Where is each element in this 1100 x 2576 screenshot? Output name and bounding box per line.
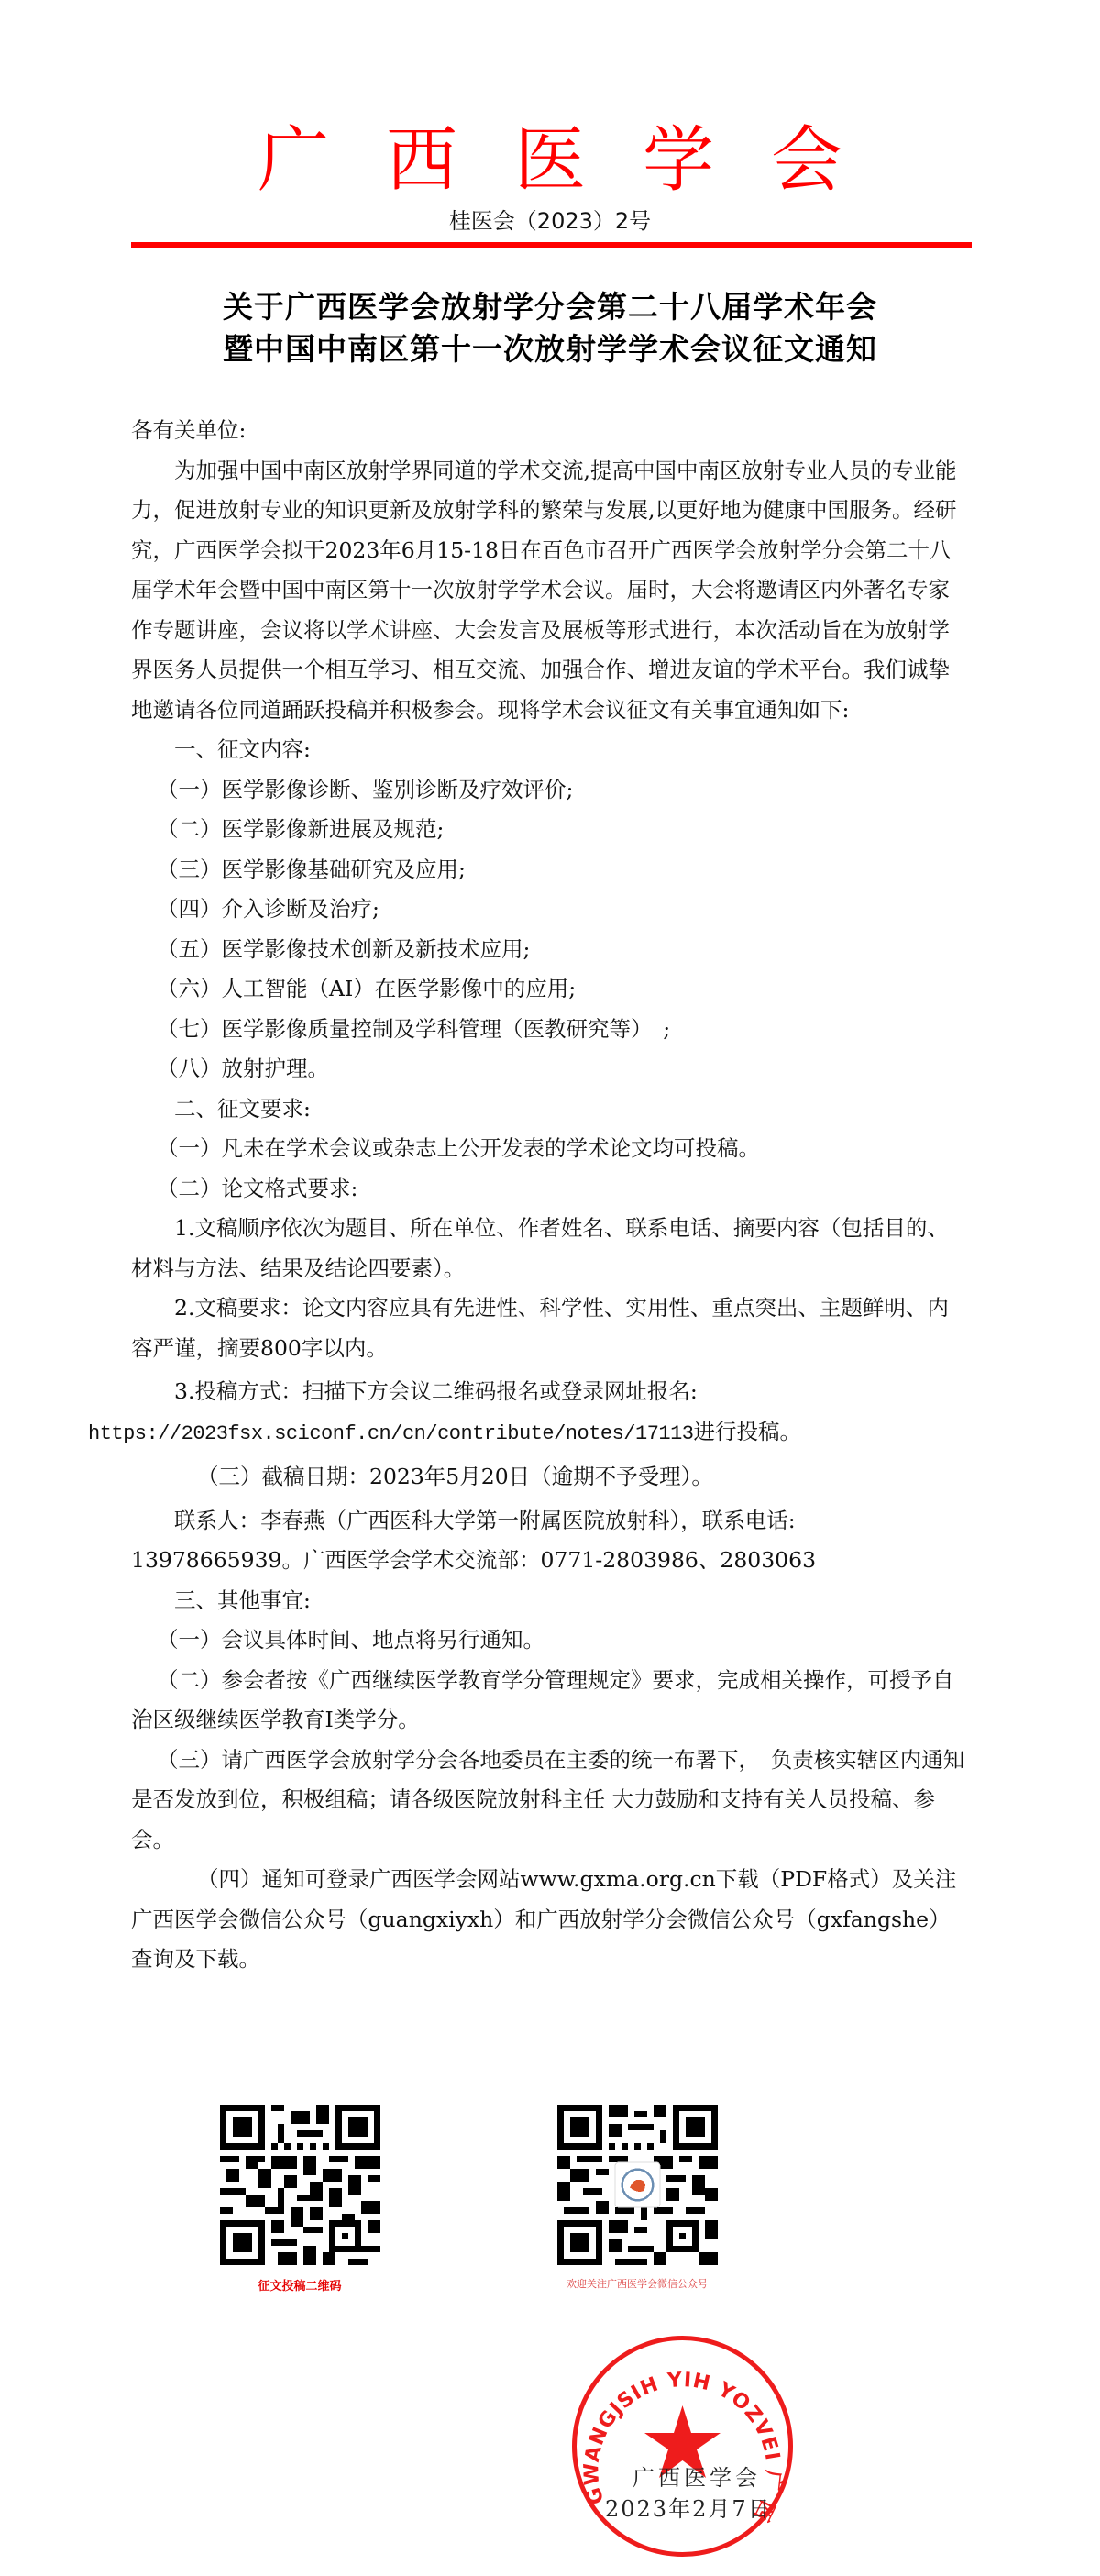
topic-item: （四）介入诊断及治疗; — [131, 890, 970, 930]
signature-date: 2023年2月7日 — [605, 2493, 862, 2525]
title-line-2: 暨中国中南区第十一次放射学学术会议征文通知 — [128, 328, 972, 370]
qr-code-with-logo-icon[interactable] — [557, 2105, 718, 2265]
other-item-2: （二）参会者按《广西继续医学教育学分管理规定》要求，完成相关操作，可授予自治区级… — [131, 1661, 970, 1741]
contact-line-2: 13978665939。广西医学会学术交流部：0771-2803986、2803… — [131, 1541, 970, 1581]
other-item-1: （一）会议具体时间、地点将另行通知。 — [131, 1620, 970, 1661]
other-item-3: （三）请广西医学会放射学分会各地委员在主委的统一布署下， 负责核实辖区内通知是否… — [131, 1741, 970, 1861]
format-requirement-1: 1.文稿顺序依次为题目、所在单位、作者姓名、联系电话、摘要内容（包括目的、材料与… — [131, 1209, 970, 1288]
red-divider — [131, 242, 972, 248]
requirement-item-2: （二）论文格式要求: — [131, 1169, 970, 1210]
submission-qr-block: 征文投稿二维码 — [213, 2105, 387, 2294]
org-masthead: 广西医学会 — [128, 119, 972, 202]
topic-item: （二）医学影像新进展及规范; — [131, 810, 970, 850]
topic-item: （一）医学影像诊断、鉴别诊断及疗效评价; — [131, 770, 970, 811]
topic-item: （七）医学影像质量控制及学科管理（医教研究等） ; — [131, 1010, 970, 1050]
submission-url-link[interactable]: https://2023fsx.sciconf.cn/cn/contribute… — [88, 1422, 694, 1445]
document-page: 广西医学会 桂医会（2023）2号 关于广西医学会放射学分会第二十八届学术年会 … — [0, 0, 1100, 2576]
requirement-item-1: （一）凡未在学术会议或杂志上公开发表的学术论文均可投稿。 — [131, 1129, 970, 1169]
signature-block: 广西医学会 2023年2月7日 — [605, 2462, 862, 2525]
document-title: 关于广西医学会放射学分会第二十八届学术年会 暨中国中南区第十一次放射学学术会议征… — [128, 286, 972, 370]
website-link[interactable]: www.gxma.org.cn — [521, 1866, 716, 1892]
topic-item: （三）医学影像基础研究及应用; — [131, 850, 970, 890]
document-body: 各有关单位: 为加强中国中南区放射学界同道的学术交流,提高中国中南区放射专业人员… — [131, 411, 970, 1980]
document-number: 桂医会（2023）2号 — [128, 207, 972, 235]
contact-line-1: 联系人：李春燕（广西医科大学第一附属医院放射科），联系电话: — [131, 1501, 970, 1542]
submission-method-label: 3.投稿方式：扫描下方会议二维码报名或登录网址报名: — [174, 1378, 698, 1404]
other-item-4: （四）通知可登录广西医学会网站www.gxma.org.cn下载（PDF格式）及… — [131, 1860, 970, 1980]
format-requirement-3: 3.投稿方式：扫描下方会议二维码报名或登录网址报名: https://2023f… — [131, 1372, 970, 1454]
topic-item: （六）人工智能（AI）在医学影像中的应用; — [131, 969, 970, 1010]
submission-url-suffix: 进行投稿。 — [694, 1419, 802, 1444]
section-2-heading: 二、征文要求: — [131, 1089, 970, 1130]
title-line-1: 关于广西医学会放射学分会第二十八届学术年会 — [128, 286, 972, 328]
deadline: （三）截稿日期：2023年5月20日（逾期不予受理）。 — [131, 1457, 970, 1498]
qr-caption-wechat: 欢迎关注广西医学会微信公众号 — [550, 2276, 724, 2291]
section-3-heading: 三、其他事宜: — [131, 1581, 970, 1621]
topic-item: （八）放射护理。 — [131, 1049, 970, 1089]
section-1-heading: 一、征文内容: — [131, 730, 970, 770]
qr-code-icon[interactable] — [220, 2105, 380, 2265]
salutation: 各有关单位: — [131, 411, 970, 451]
website-label: （四）通知可登录广西医学会网站 — [197, 1866, 521, 1892]
qr-caption-submission: 征文投稿二维码 — [213, 2276, 387, 2294]
intro-paragraph: 为加强中国中南区放射学界同道的学术交流,提高中国中南区放射专业人员的专业能力，促… — [131, 451, 970, 731]
official-seal-icon: GWANGJSIH YIH YOZVEI 广 西 医 学 会 — [570, 2334, 795, 2559]
topic-item: （五）医学影像技术创新及新技术应用; — [131, 930, 970, 970]
format-requirement-2: 2.文稿要求：论文内容应具有先进性、科学性、实用性、重点突出、主题鲜明、内容严谨… — [131, 1288, 970, 1368]
wechat-qr-block: 欢迎关注广西医学会微信公众号 — [550, 2105, 724, 2291]
signature-org: 广西医学会 — [605, 2462, 862, 2493]
